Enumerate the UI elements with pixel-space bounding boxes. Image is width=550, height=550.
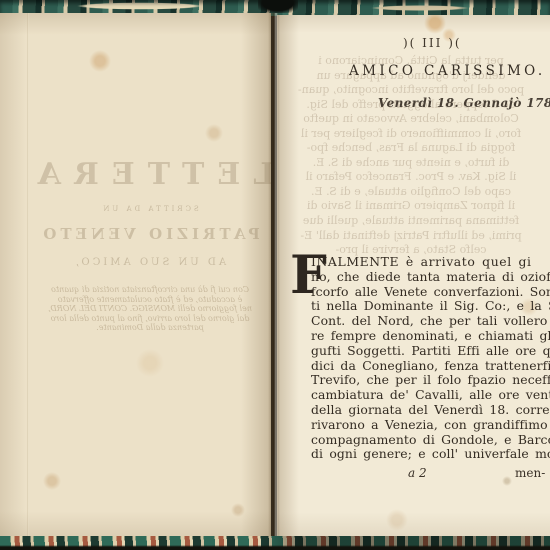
body-first-line: INALMENTE è arrivato quel gi: [311, 255, 550, 270]
bleed-line: primi, ed illuftri Patrizj deftinati dal…: [277, 229, 550, 244]
bleed-line: capo del Configlio attuale, e di S. E.: [277, 185, 550, 200]
bleed-title-patrizio: PATRIZIO VENETO: [14, 225, 271, 243]
cover-bottom-shading: [0, 536, 550, 550]
bleed-title-scritta: SCRITTA DA UN: [14, 205, 271, 213]
salutation-heading: AMICO CARISSIMO.: [349, 63, 546, 79]
body-line: re fempre denominati, e chiamati gl' A: [311, 329, 550, 344]
bleed-note-line: dal giorno del loro arrivo, fino al punt…: [21, 314, 271, 324]
right-page-bleedthrough: per tutta la Città. Cominciarono idefide…: [277, 54, 550, 258]
body-line: di ogni genere; e coll' univerfale mo: [311, 447, 550, 462]
dropcap-initial: F: [290, 256, 327, 296]
catchword: men-: [515, 466, 545, 480]
bleed-line: Colombani, celebre Avvocato in quefto: [277, 112, 550, 127]
page-gutter-shadow: [268, 13, 280, 537]
bleed-line: il fignor Zampiero Grimani il Savio di: [277, 199, 550, 214]
date-line: Venerdì 18. Gennajò 1781: M:: [378, 96, 550, 110]
bleed-line: il Sig. Kav. e Proc. Francefco Pefaro il: [277, 170, 550, 185]
body-lines: no, che diede tanta materia di oziofofco…: [311, 270, 550, 462]
bleed-note-block: Con cui fi dà una circoftanziata notizia…: [21, 285, 271, 333]
page-number-folio: )( III )(: [403, 36, 462, 50]
signature-mark: a 2: [408, 466, 427, 480]
left-page: LETTERA SCRITTA DA UN PATRIZIO VENETO AD…: [0, 13, 271, 537]
spine-shadow-top: [258, 0, 298, 13]
bleed-note-line: è accaduto, ed è ftato oculatamente offe…: [21, 295, 271, 305]
body-line: ti nella Dominante il Sig. Co:, e la S: [311, 299, 550, 314]
bleed-title-lettera: LETTERA: [14, 157, 271, 192]
body-line: no, che diede tanta materia di oziofo: [311, 270, 550, 285]
bleed-note-line: partenza dalla Dominante.: [21, 323, 271, 333]
body-line: Trevifo, che per il folo fpazio neceffar…: [311, 373, 550, 388]
body-line: rivarono a Venezia, con grandiffimo a: [311, 418, 550, 433]
bleed-line: di furto, e niente pur anche di S. E.: [277, 156, 550, 171]
body-text-block: F INALMENTE è arrivato quel gi no, che d…: [311, 255, 550, 462]
left-page-crease: [27, 13, 29, 537]
body-line: compagnamento di Gondole, e Barcola: [311, 433, 550, 448]
body-line: Cont. del Nord, che per tali vollero e: [311, 314, 550, 329]
bleed-line: fettimana parimenti attuale, quelli due: [277, 214, 550, 229]
open-book-photo: LETTERA SCRITTA DA UN PATRIZIO VENETO AD…: [0, 0, 550, 550]
right-page: per tutta la Città. Cominciarono idefide…: [277, 15, 550, 536]
bleed-line: foggia di Laguna la Fras, benche fpo-: [277, 141, 550, 156]
body-line: fcorfo alle Venete converfazioni. Sono g…: [311, 285, 550, 300]
body-line: cambiatura de' Cavalli, alle ore vent' u: [311, 388, 550, 403]
body-line: gufti Soggetti. Partiti Effi alle ore qu: [311, 344, 550, 359]
bleed-title-amico: AD UN SUO AMICO,: [14, 257, 271, 268]
body-line: dici da Conegliano, fenza trattenerfi: [311, 359, 550, 374]
bleed-note-line: Con cui fi dà una circoftanziata notizia…: [21, 285, 271, 295]
body-line: della giornata del Venerdì 18. corrente …: [311, 403, 550, 418]
bleed-note-line: nel foggiorno delli MONSIGG. CONTI DEL N…: [21, 304, 271, 314]
bleed-line: foro, il commiffionero di fcegliere per …: [277, 127, 550, 142]
